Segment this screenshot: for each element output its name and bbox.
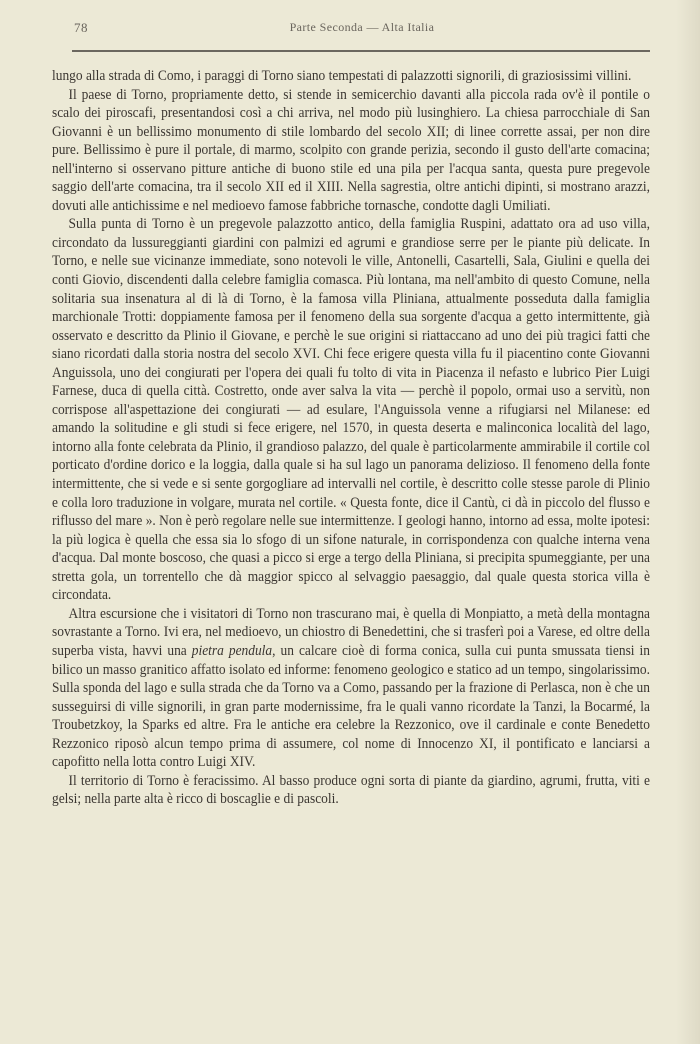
paragraph-4: Altra escursione che i visitatori di Tor… <box>52 605 650 772</box>
paragraph-1: lungo alla strada di Como, i paraggi di … <box>52 67 650 86</box>
paragraph-5: Il territorio di Torno è feracissimo. Al… <box>52 772 650 809</box>
body-text: lungo alla strada di Como, i paraggi di … <box>52 67 650 809</box>
running-title: Parte Seconda — Alta Italia <box>72 20 652 35</box>
paragraph-4-italic: pietra pendula <box>192 643 272 659</box>
paragraph-2: Il paese di Torno, propriamente detto, s… <box>52 86 650 216</box>
paragraph-4-text-b: , un calcare cioè di forma conica, sulla… <box>52 643 650 770</box>
page-header: 78 Parte Seconda — Alta Italia <box>72 20 652 42</box>
header-rule <box>72 50 650 52</box>
page-edge-shadow <box>676 0 700 1044</box>
paragraph-3: Sulla punta di Torno è un pregevole pala… <box>52 215 650 604</box>
